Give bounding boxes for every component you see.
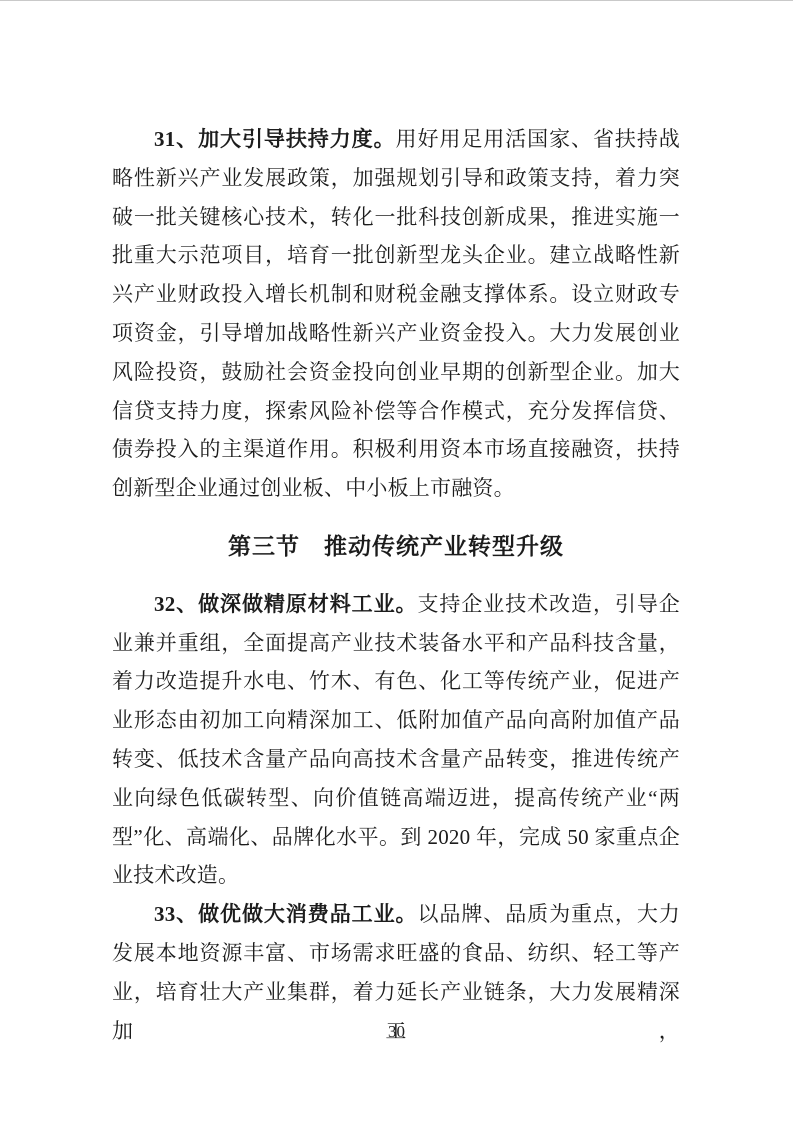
paragraph-32-body: 支持企业技术改造，引导企业兼并重组，全面提高产业技术装备水平和产品科技含量，着力… [112, 592, 680, 888]
page-number-footer: 30 [0, 1022, 793, 1042]
paragraph-31-body: 用好用足用活国家、省扶持战略性新兴产业发展政策，加强规划引导和政策支持，着力突破… [112, 127, 680, 500]
paragraph-32-lead: 32、做深做精原材料工业。 [154, 592, 417, 616]
document-page: 31、加大引导扶持力度。用好用足用活国家、省扶持战略性新兴产业发展政策，加强规划… [0, 0, 793, 1122]
paragraph-31: 31、加大引导扶持力度。用好用足用活国家、省扶持战略性新兴产业发展政策，加强规划… [112, 120, 680, 508]
section-heading: 第三节 推动传统产业转型升级 [112, 528, 680, 567]
paragraph-32: 32、做深做精原材料工业。支持企业技术改造，引导企业兼并重组，全面提高产业技术装… [112, 585, 680, 895]
paragraph-33-lead: 33、做优做大消费品工业。 [154, 902, 417, 926]
document-content-area: 31、加大引导扶持力度。用好用足用活国家、省扶持战略性新兴产业发展政策，加强规划… [112, 120, 680, 1050]
paragraph-31-lead: 31、加大引导扶持力度。 [154, 127, 396, 151]
